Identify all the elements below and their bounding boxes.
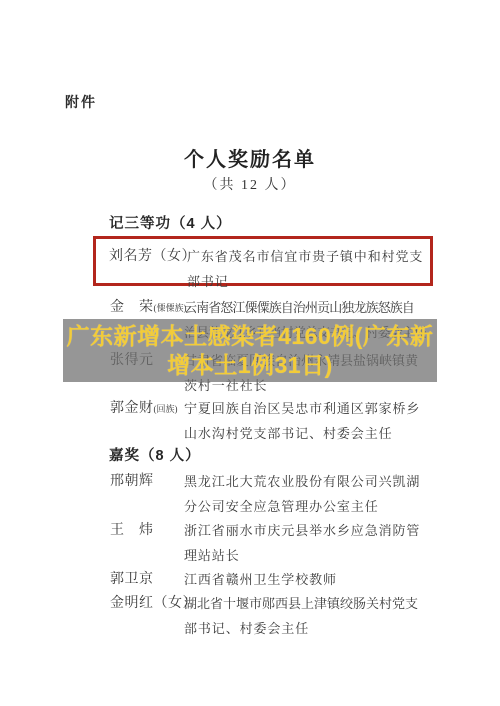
news-caption-line: 增本土1例31日) — [167, 351, 333, 380]
ethnic-label: (回族) — [154, 404, 178, 414]
ethnic-label: (傈僳族) — [154, 303, 187, 313]
role-line: 部书记 — [187, 269, 423, 294]
role-line: 浙江省丽水市庆元县举水乡应急消防管 — [184, 518, 420, 543]
news-caption-line: 广东新增本土感染者4160例(广东新 — [67, 322, 434, 351]
highlight-box: 刘名芳（女） 广东省茂名市信宜市贵子镇中和村党支 部书记 — [93, 236, 433, 286]
role-line: 理站站长 — [184, 543, 420, 568]
awardee-name: 刘名芳（女） — [109, 244, 196, 269]
page-subtitle: （共 12 人） — [0, 174, 500, 194]
attachment-label: 附件 — [65, 92, 97, 112]
news-caption-overlay: 广东新增本土感染者4160例(广东新 增本土1例31日) — [63, 319, 437, 382]
role-line: 广东省茂名市信宜市贵子镇中和村党支 — [187, 244, 423, 269]
awardee-role: 宁夏回族自治区吴忠市利通区郭家桥乡 山水沟村党支部书记、村委会主任 — [184, 396, 420, 446]
awardee-role: 浙江省丽水市庆元县举水乡应急消防管 理站站长 — [184, 518, 420, 568]
awardee-name: 王 炜 — [110, 518, 154, 543]
role-line: 分公司安全应急管理办公室主任 — [184, 494, 420, 519]
role-line: 湖北省十堰市郧西县上津镇绞肠关村党支 — [184, 591, 418, 616]
awardee-name: 金 荣(傈僳族) — [110, 295, 187, 321]
role-line: 山水沟村党支部书记、村委会主任 — [184, 421, 420, 446]
document-page: 附件 个人奖励名单 （共 12 人） 记三等功（4 人） 刘名芳（女） 广东省茂… — [0, 0, 500, 706]
awardee-role: 江西省赣州卫生学校教师 — [184, 567, 337, 592]
section-heading-commendation: 嘉奖（8 人） — [109, 444, 201, 465]
awardee-name: 郭卫京 — [110, 567, 154, 592]
awardee-role: 广东省茂名市信宜市贵子镇中和村党支 部书记 — [187, 244, 423, 294]
role-line: 宁夏回族自治区吴忠市利通区郭家桥乡 — [184, 396, 420, 421]
section-heading-merit: 记三等功（4 人） — [109, 212, 232, 233]
awardee-role: 黑龙江北大荒农业股份有限公司兴凯湖 分公司安全应急管理办公室主任 — [184, 469, 420, 519]
awardee-name: 邢朝辉 — [110, 469, 154, 494]
awardee-role: 湖北省十堰市郧西县上津镇绞肠关村党支 部书记、村委会主任 — [184, 591, 418, 641]
awardee-name: 郭金财(回族) — [110, 396, 178, 422]
role-line: 部书记、村委会主任 — [184, 616, 418, 641]
role-line: 云南省怒江傈僳族自治州贡山独龙族怒族自 — [184, 295, 426, 320]
role-line: 黑龙江北大荒农业股份有限公司兴凯湖 — [184, 469, 420, 494]
page-title: 个人奖励名单 — [0, 143, 500, 172]
role-line: 江西省赣州卫生学校教师 — [184, 567, 337, 592]
